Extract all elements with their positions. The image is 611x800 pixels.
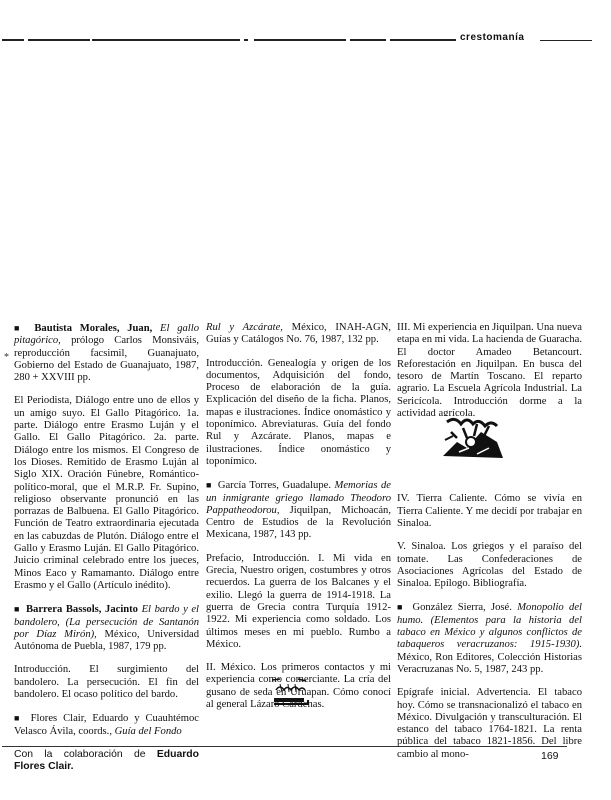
woodcut-illustration <box>437 412 507 462</box>
collaboration-prefix: Con la colaboración de <box>14 749 146 760</box>
entry-contents: V. Sinaloa. Los griegos y el paraíso del… <box>397 541 582 590</box>
bibliography-entry: ■ García Torres, Guadalupe. Memorias de … <box>206 479 391 541</box>
bibliography-entry: ■ Bautista Morales, Juan, El gallo pitag… <box>14 322 199 384</box>
entry-title: Rul y Azcárate, <box>206 322 283 333</box>
entry-contents: El Periodista, Diálogo entre uno de ello… <box>14 395 199 592</box>
column-2: Rul y Azcárate, México, INAH-AGN, Guías … <box>206 322 391 722</box>
vignette-illustration <box>268 676 314 712</box>
entry-details: México, Ron Editores, Colección Historia… <box>397 652 582 675</box>
bibliography-entry-continuation: Rul y Azcárate, México, INAH-AGN, Guías … <box>206 322 391 347</box>
footer-rule <box>2 746 567 747</box>
running-head: crestomanía <box>460 32 524 43</box>
entry-contents: Prefacio, Introducción. I. Mi vida en Gr… <box>206 553 391 651</box>
column-3: III. Mi experiencia en Jiquilpan. Una nu… <box>397 322 582 772</box>
page-number: 169 <box>541 750 559 762</box>
bibliography-entry: ■ González Sierra, José. Monopolio del h… <box>397 601 582 676</box>
entry-title: Guía del Fondo <box>115 726 182 737</box>
square-bullet-icon: ■ <box>206 480 212 490</box>
entry-contents: III. Mi experiencia en Jiquilpan. Una nu… <box>397 322 582 420</box>
margin-mark: * <box>4 352 9 363</box>
square-bullet-icon: ■ <box>397 602 405 612</box>
column-1: ■ Bautista Morales, Juan, El gallo pitag… <box>14 322 199 785</box>
entry-author: Barrera Bassols, Jacinto <box>26 604 138 615</box>
square-bullet-icon: ■ <box>14 713 23 723</box>
collaboration-note: Con la colaboración de Eduardo Flores Cl… <box>14 749 199 774</box>
square-bullet-icon: ■ <box>14 323 25 333</box>
bibliography-entry: ■ Barrera Bassols, Jacinto El bardo y el… <box>14 603 199 653</box>
entry-contents: IV. Tierra Caliente. Cómo se vivía en Ti… <box>397 493 582 530</box>
square-bullet-icon: ■ <box>14 604 20 614</box>
bibliography-entry: ■ Flores Clair, Eduardo y Cuauhtémoc Vel… <box>14 712 199 738</box>
entry-contents: Introducción. Genealogía y origen de los… <box>206 358 391 469</box>
entry-author: García Torres, Guadalupe. <box>218 480 331 491</box>
header-rule-tail <box>540 40 592 41</box>
entry-contents: Introducción. El surgimiento del bandole… <box>14 664 199 701</box>
entry-author: González Sierra, José. <box>412 602 511 613</box>
entry-author: Bautista Morales, Juan, <box>34 323 152 334</box>
